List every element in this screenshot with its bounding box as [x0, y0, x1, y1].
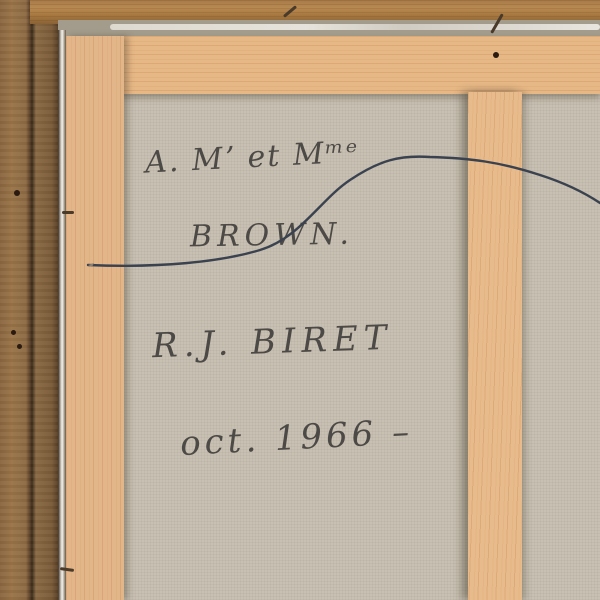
stretcher-bar-left — [66, 36, 124, 600]
stretcher-bar-top — [120, 36, 600, 94]
outer-frame-left — [0, 0, 64, 600]
stretcher-bar-middle — [468, 92, 522, 600]
nail-icon — [62, 211, 74, 214]
wormhole-icon — [17, 344, 22, 349]
canvas-edge-left — [58, 30, 66, 600]
inscription-name: BROWN. — [190, 217, 355, 255]
inscription-artist-signature: R.J. BIRET — [151, 318, 393, 366]
canvas-edge-highlight — [110, 24, 600, 30]
wormhole-icon — [14, 190, 20, 196]
wormhole-icon — [11, 330, 16, 335]
painting-back-photo: A. Mʼ et Mᵐᵉ BROWN. R.J. BIRET oct. 1966… — [0, 0, 600, 600]
nail-hole-icon — [493, 52, 499, 58]
